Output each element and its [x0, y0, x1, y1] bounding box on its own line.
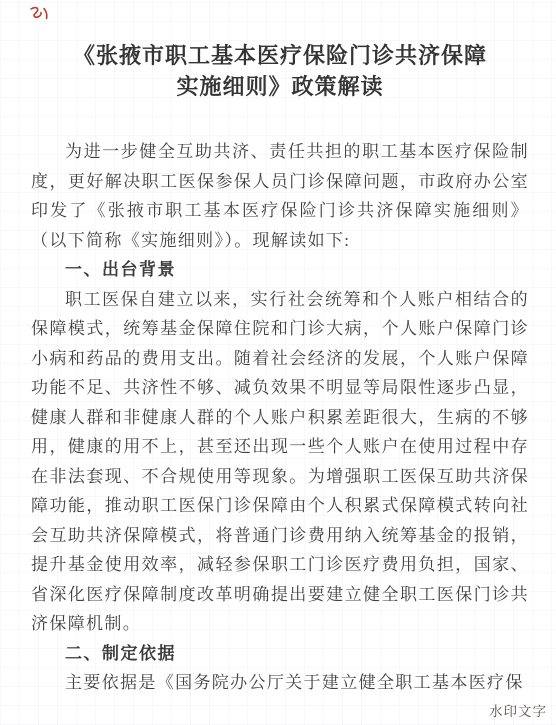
document-content: 《张掖市职工基本医疗保险门诊共济保障 实施细则》政策解读 为进一步健全互助共济、… [31, 40, 529, 698]
section-heading-basis: 二、制定依据 [31, 639, 529, 669]
page-title: 《张掖市职工基本医疗保险门诊共济保障 实施细则》政策解读 [31, 40, 529, 102]
red-stamp-icon [28, 5, 52, 22]
scanned-document-page: 《张掖市职工基本医疗保险门诊共济保障 实施细则》政策解读 为进一步健全互助共济、… [0, 0, 556, 725]
intro-paragraph: 为进一步健全互助共济、责任共担的职工基本医疗保险制度，更好解决职工医保参保人员门… [31, 137, 529, 255]
page-title-line-2: 实施细则》政策解读 [31, 71, 529, 102]
section-body-background: 职工医保自建立以来，实行社会统筹和个人账户相结合的保障模式，统筹基金保障住院和门… [31, 285, 529, 639]
section-heading-background: 一、出台背景 [31, 255, 529, 285]
page-title-line-1: 《张掖市职工基本医疗保险门诊共济保障 [31, 40, 529, 71]
watermark-text: 水印文字 [489, 700, 547, 720]
section-body-basis: 主要依据是《国务院办公厅关于建立健全职工基本医疗保 [31, 668, 529, 698]
